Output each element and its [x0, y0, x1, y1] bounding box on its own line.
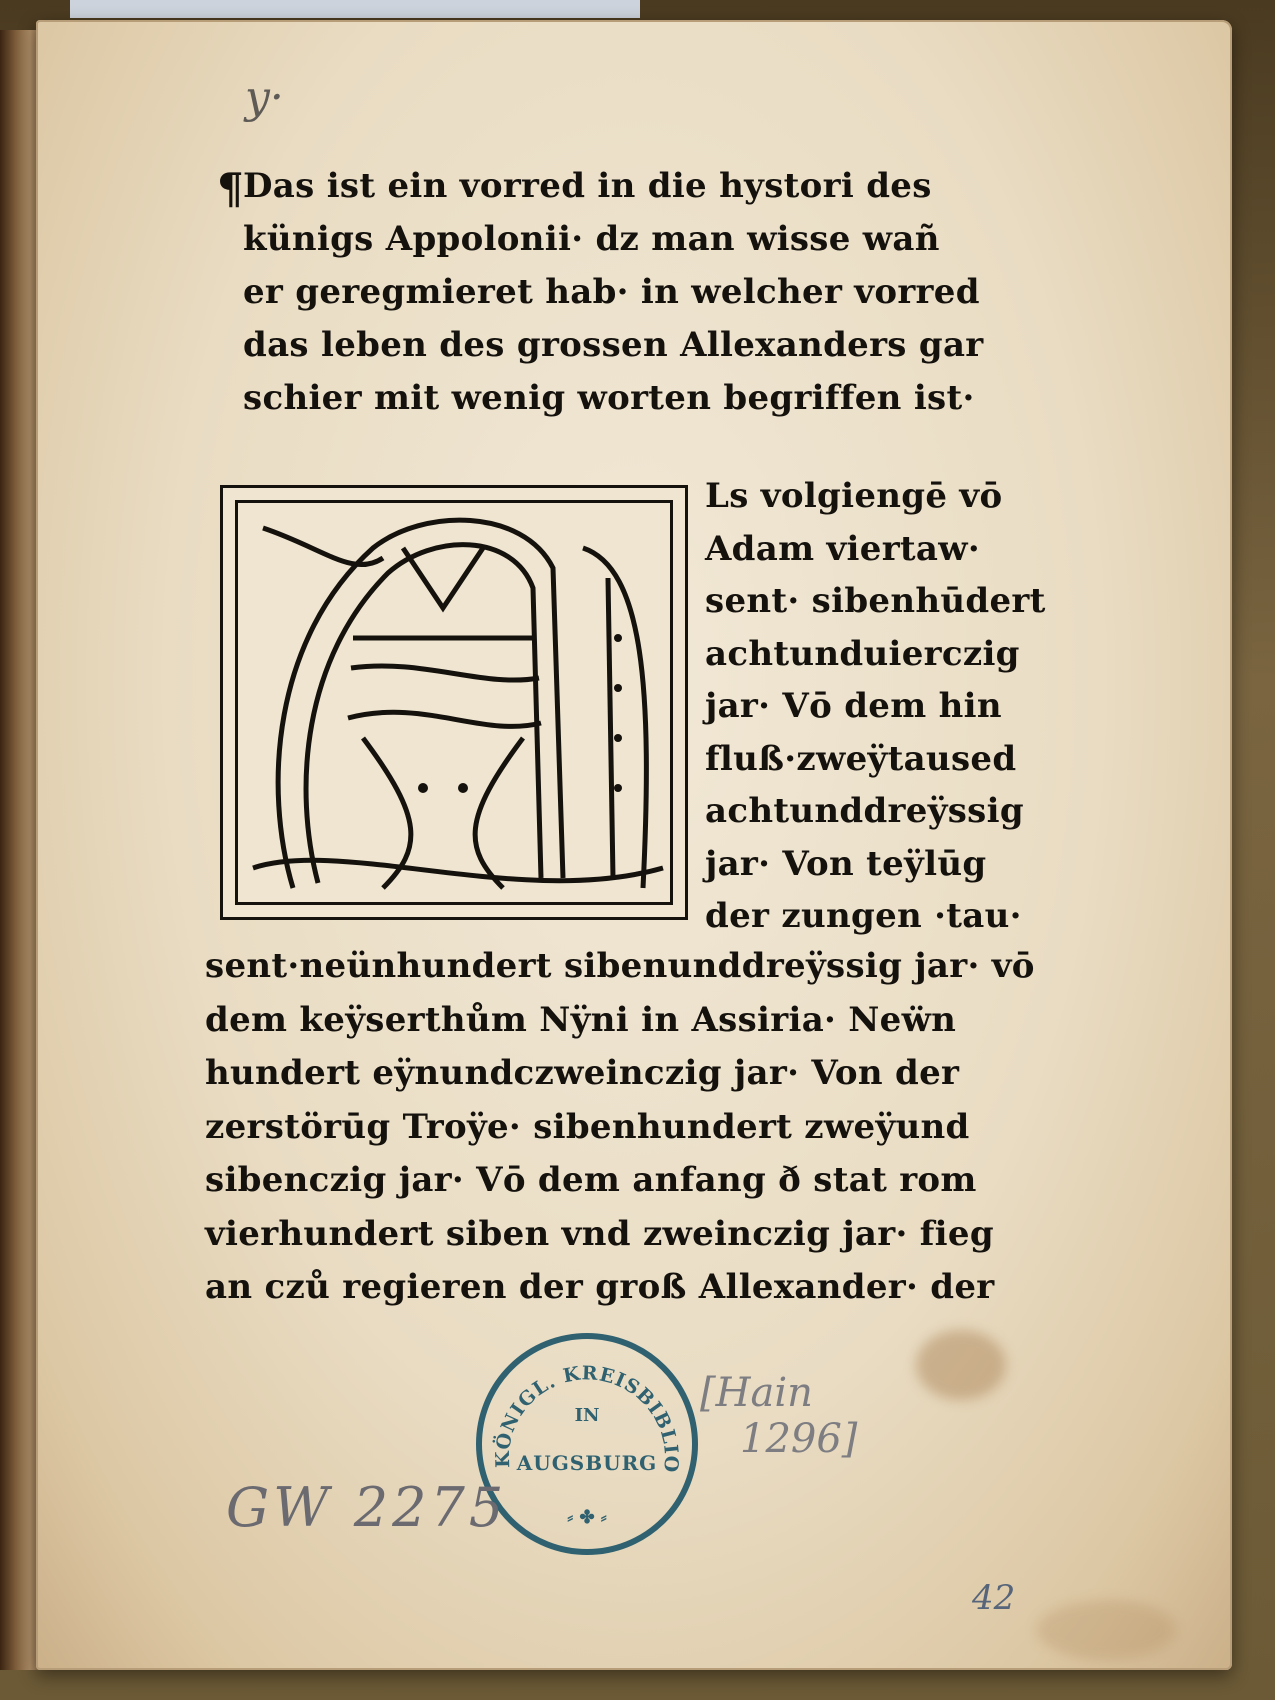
text-line: dem keÿserthům Nÿni in Assiria· Neẅn [205, 994, 1035, 1048]
text-line: achtunduierczig [705, 628, 1046, 681]
pencil-corner-number: 42 [972, 1578, 1015, 1618]
side-column: Ls volgiengē vō Adam viertaw· sent· sibe… [705, 470, 1046, 943]
stamp-center-label: IN [482, 1405, 692, 1426]
text-line: der zungen ·tau· [705, 890, 1046, 943]
pencil-shelfmark: GW 2275 [226, 1476, 507, 1539]
heading-line: Das ist ein vorred in die hystori des [243, 160, 984, 213]
heading-block: ¶ Das ist ein vorred in die hystori des … [243, 160, 984, 425]
heading-line: er geregmieret hab· in welcher vorred [243, 266, 984, 319]
text-line: vierhundert siben vnd zweinczig jar· fie… [205, 1208, 1035, 1262]
stain [916, 1330, 1006, 1400]
text-line: sent·neünhundert sibenunddreÿssig jar· v… [205, 940, 1035, 994]
text-line: achtunddreÿssig [705, 785, 1046, 838]
stamp-city-label: AUGSBURG [500, 1451, 674, 1475]
hain-line: 1296] [700, 1416, 857, 1462]
stamp-ornament-icon: ⸗ ✤ ⸗ [482, 1507, 692, 1528]
paragraph-mark-icon: ¶ [217, 164, 244, 213]
text-line: sibenczig jar· Vō dem anfang ð stat rom [205, 1154, 1035, 1208]
text-line: jar· Vō dem hin [705, 680, 1046, 733]
pencil-scribble-top: y· [245, 72, 284, 123]
text-line: fluß·zweÿtaused [705, 733, 1046, 786]
heading-line: das leben des grossen Allexanders gar [243, 319, 984, 372]
reference-card-strip [70, 0, 640, 18]
text-line: Ls volgiengē vō [705, 470, 1046, 523]
decorated-initial-a [220, 485, 688, 920]
text-line: zerstörūg Troÿe· sibenhundert zweÿund [205, 1101, 1035, 1155]
heading-line: künigs Appolonii· dz man wisse wañ [243, 213, 984, 266]
text-line: Adam viertaw· [705, 523, 1046, 576]
woodcut-initial-icon [223, 488, 691, 923]
library-stamp: KÖNIGL. KREISBIBLIOTHEK IN AUGSBURG ⸗ ✤ … [476, 1333, 698, 1555]
hain-line: [Hain [700, 1370, 857, 1416]
pencil-hain-reference: [Hain 1296] [700, 1370, 857, 1462]
text-line: hundert eÿnundczweinczig jar· Von der [205, 1047, 1035, 1101]
full-width-column: sent·neünhundert sibenunddreÿssig jar· v… [205, 940, 1035, 1315]
stain [1036, 1600, 1176, 1660]
text-line: jar· Von teÿlūg [705, 838, 1046, 891]
text-line: an czů regieren der groß Allexander· der [205, 1261, 1035, 1315]
heading-line: schier mit wenig worten begriffen ist· [243, 372, 984, 425]
text-line: sent· sibenhūdert [705, 575, 1046, 628]
